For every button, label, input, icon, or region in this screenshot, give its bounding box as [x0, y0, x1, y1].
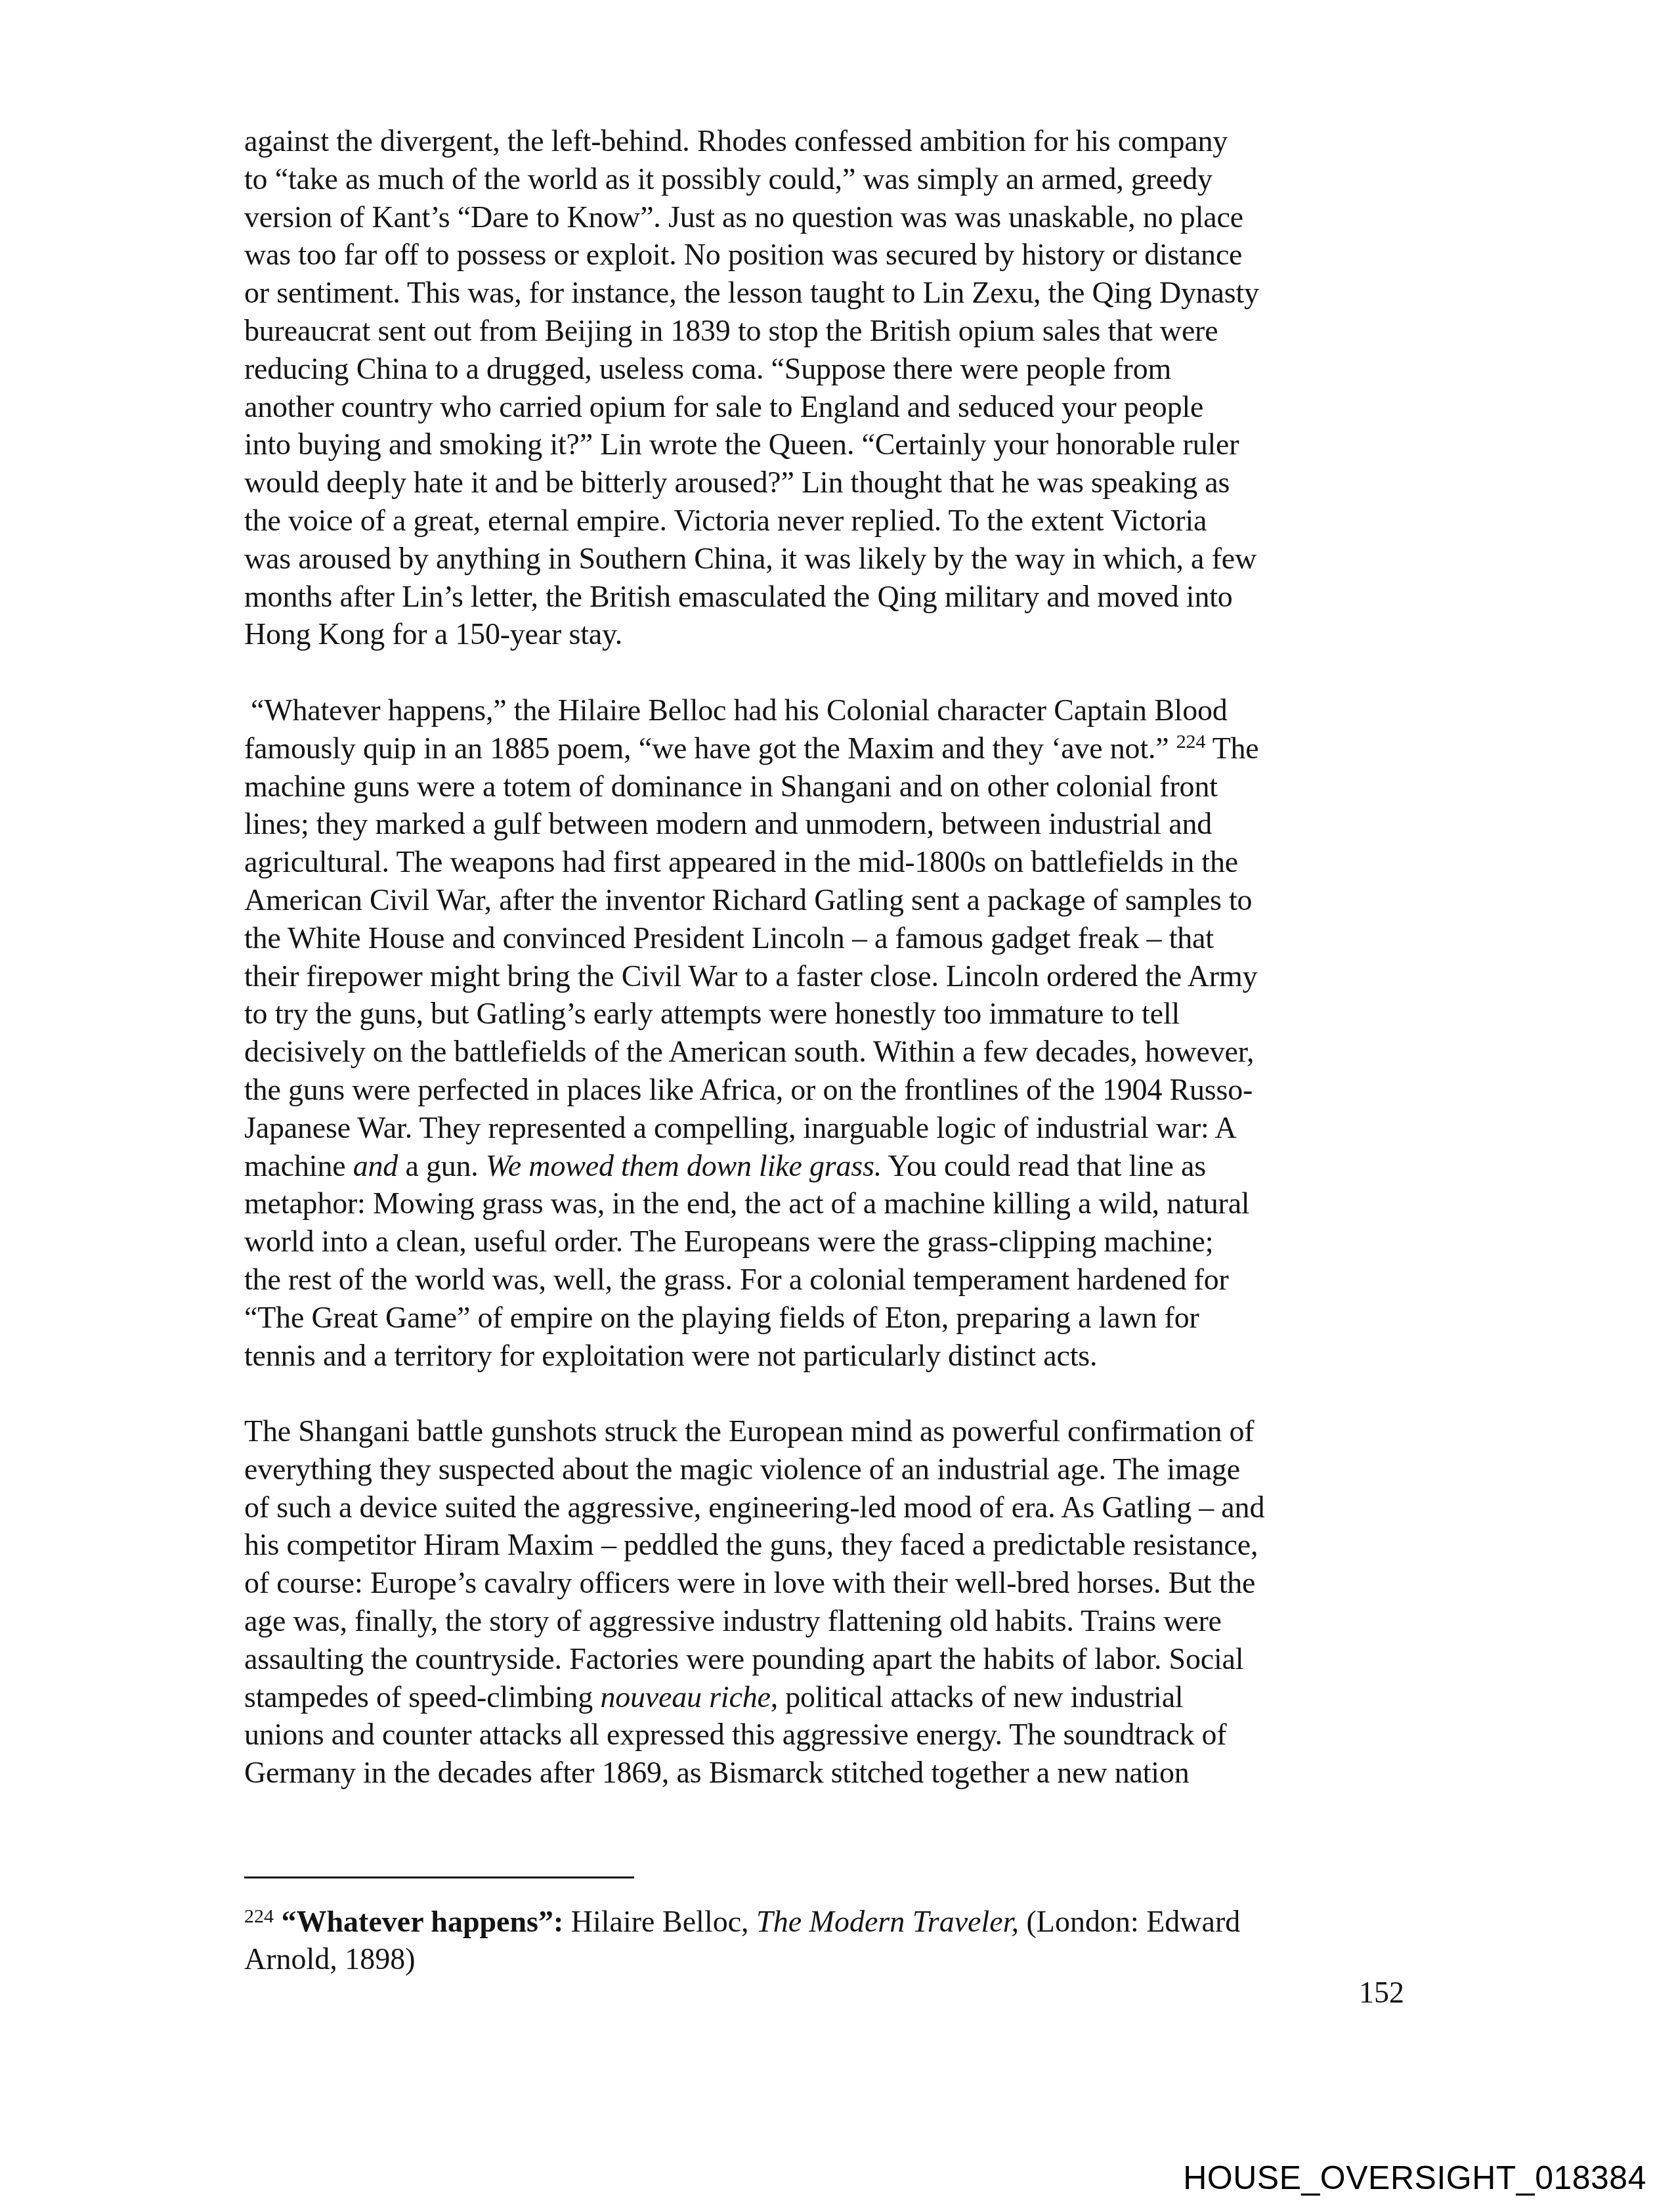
text-line: “Whatever happens,” the Hilaire Belloc h… — [244, 691, 1426, 729]
text-line: Japanese War. They represented a compell… — [244, 1109, 1426, 1147]
footnote: 224 “Whatever happens”: Hilaire Belloc, … — [244, 1903, 1426, 1978]
text-line: Hong Kong for a 150-year stay. — [244, 615, 1426, 653]
text-line: of course: Europe’s cavalry officers wer… — [244, 1564, 1426, 1602]
text-line: The Shangani battle gunshots struck the … — [244, 1412, 1426, 1450]
text-run: stampedes of speed-climbing — [244, 1680, 600, 1714]
text-line: reducing China to a drugged, useless com… — [244, 350, 1426, 388]
footnote-reference[interactable]: 224 — [1176, 731, 1205, 752]
bates-stamp: HOUSE_OVERSIGHT_018384 — [1183, 2159, 1646, 2197]
text-line: assaulting the countryside. Factories we… — [244, 1640, 1426, 1678]
text-line: everything they suspected about the magi… — [244, 1450, 1426, 1488]
emphasis: and — [353, 1149, 398, 1182]
text-run: a gun. — [398, 1149, 486, 1182]
footnote-number: 224 — [244, 1905, 274, 1927]
text-run: machine — [244, 1149, 353, 1182]
text-run: Hilaire Belloc, — [563, 1905, 756, 1938]
text-line: the voice of a great, eternal empire. Vi… — [244, 502, 1426, 540]
body-text: against the divergent, the left-behind. … — [244, 122, 1426, 1830]
text-line: world into a clean, useful order. The Eu… — [244, 1223, 1426, 1261]
text-line: American Civil War, after the inventor R… — [244, 881, 1426, 919]
footnote-line: Arnold, 1898) — [244, 1940, 1426, 1978]
text-line: their firepower might bring the Civil Wa… — [244, 957, 1426, 995]
emphasis: We mowed them down like grass. — [486, 1149, 882, 1182]
text-line: months after Lin’s letter, the British e… — [244, 578, 1426, 616]
footnote-title: The Modern Traveler, — [756, 1905, 1019, 1938]
text-line: against the divergent, the left-behind. … — [244, 122, 1426, 160]
paragraph-1: against the divergent, the left-behind. … — [244, 122, 1426, 653]
text-line: machine and a gun. We mowed them down li… — [244, 1147, 1426, 1185]
page-number: 152 — [1359, 1975, 1404, 2010]
text-line: Germany in the decades after 1869, as Bi… — [244, 1754, 1426, 1792]
text-line: or sentiment. This was, for instance, th… — [244, 274, 1426, 312]
text-line: would deeply hate it and be bitterly aro… — [244, 464, 1426, 502]
text-line: to “take as much of the world as it poss… — [244, 160, 1426, 198]
text-line: stampedes of speed-climbing nouveau rich… — [244, 1678, 1426, 1716]
text-line: metaphor: Mowing grass was, in the end, … — [244, 1184, 1426, 1223]
text-line: was aroused by anything in Southern Chin… — [244, 540, 1426, 578]
document-page: against the divergent, the left-behind. … — [0, 0, 1674, 2212]
paragraph-3: The Shangani battle gunshots struck the … — [244, 1412, 1426, 1792]
text-line: version of Kant’s “Dare to Know”. Just a… — [244, 198, 1426, 236]
text-run: , political attacks of new industrial — [771, 1680, 1184, 1714]
text-line: another country who carried opium for sa… — [244, 388, 1426, 426]
emphasis: nouveau riche — [600, 1680, 770, 1714]
text-line: to try the guns, but Gatling’s early att… — [244, 995, 1426, 1033]
text-line: decisively on the battlefields of the Am… — [244, 1033, 1426, 1071]
text-line: unions and counter attacks all expressed… — [244, 1716, 1426, 1754]
text-line: machine guns were a totem of dominance i… — [244, 768, 1426, 806]
text-line: of such a device suited the aggressive, … — [244, 1488, 1426, 1527]
text-line: the White House and convinced President … — [244, 919, 1426, 957]
text-run: You could read that line as — [882, 1149, 1206, 1182]
footnote-line: 224 “Whatever happens”: Hilaire Belloc, … — [244, 1903, 1426, 1940]
footnote-lead: “Whatever happens”: — [282, 1905, 564, 1938]
footnote-separator — [244, 1876, 634, 1878]
text-line: age was, finally, the story of aggressiv… — [244, 1602, 1426, 1640]
text-line: famously quip in an 1885 poem, “we have … — [244, 729, 1426, 768]
text-line: lines; they marked a gulf between modern… — [244, 805, 1426, 843]
text-line: agricultural. The weapons had first appe… — [244, 843, 1426, 881]
text-line: the guns were perfected in places like A… — [244, 1071, 1426, 1109]
text-line: bureaucrat sent out from Beijing in 1839… — [244, 312, 1426, 350]
text-line: into buying and smoking it?” Lin wrote t… — [244, 425, 1426, 464]
text-run: famously quip in an 1885 poem, “we have … — [244, 731, 1176, 765]
text-line: “The Great Game” of empire on the playin… — [244, 1299, 1426, 1337]
paragraph-2: “Whatever happens,” the Hilaire Belloc h… — [244, 691, 1426, 1374]
text-line: his competitor Hiram Maxim – peddled the… — [244, 1526, 1426, 1564]
text-line: was too far off to possess or exploit. N… — [244, 236, 1426, 274]
text-line: tennis and a territory for exploitation … — [244, 1337, 1426, 1375]
text-run: The — [1205, 731, 1258, 765]
text-line: the rest of the world was, well, the gra… — [244, 1261, 1426, 1299]
text-run: (London: Edward — [1019, 1905, 1240, 1938]
